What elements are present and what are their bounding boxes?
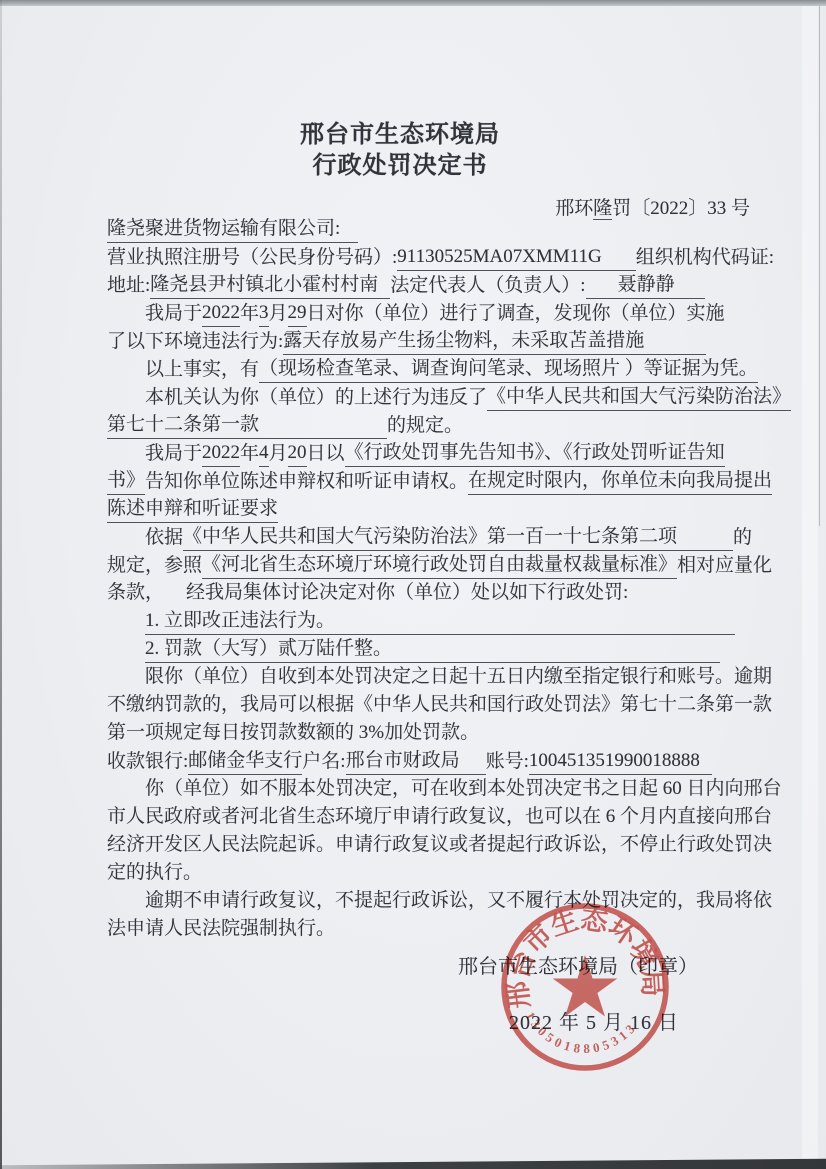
text-segment: 条款，: [107, 580, 164, 606]
body-line: 条款，经我局集体讨论决定对你（单位）处以如下行政处罚:: [107, 580, 755, 608]
underlined-text-segment: 隆尧聚进货物运输有限公司:: [107, 216, 358, 243]
body-line: 依据《中华人民共和国大气污染防治法》第一百一十七条第二项的: [107, 524, 755, 552]
underlined-text-segment: 《河北省生态环境厅环境行政处罚自由裁量权裁量标准》: [202, 552, 677, 579]
body-line: 限你（单位）自收到本处罚决定之日起十五日内缴至指定银行和账号。逾期: [107, 664, 755, 692]
underlined-text-segment: 《行政处罚事先告知书》、《行政处罚听证告知: [345, 440, 725, 467]
scan-edge-right: [819, 0, 820, 526]
underlined-text-segment: [335, 608, 735, 635]
text-segment: 告知你单位陈述申辩权和听证申请权。: [145, 469, 468, 495]
underlined-text-segment: 29: [288, 300, 307, 327]
body-line: 收款银行: 邮储金华支行 户名: 邢台市财政局 账号: 100451351990…: [107, 748, 755, 776]
underlined-text-segment: 4: [259, 440, 269, 467]
stamp-code-text: 1305018805313: [522, 1009, 638, 1056]
text-segment: 市人民政府或者河北省生态环境厅申请行政复议，也可以在 6 个月内直接向邢台: [107, 804, 772, 830]
underlined-text-segment: 在规定时限内，你单位未向我局提出: [468, 468, 772, 495]
text-segment: 我局于: [145, 301, 202, 327]
underlined-text-segment: 聂静静: [618, 272, 675, 299]
body-line: 规定，参照《河北省生态环境厅环境行政处罚自由裁量权裁量标准》相对应量化: [107, 552, 755, 580]
body-line: 第七十二条第一款的规定。: [107, 412, 755, 440]
svg-text:1305018805313: 1305018805313: [522, 1009, 638, 1056]
underlined-text-segment: 《中华人民共和国大气污染防治法》: [487, 384, 791, 411]
underlined-text-segment: 2022: [202, 300, 240, 327]
text-segment: 户名:: [302, 749, 345, 775]
underlined-text-segment: 1. 立即改正违法行为。: [145, 608, 335, 635]
text-segment: 组织机构代码证:: [636, 245, 774, 271]
underlined-text-segment: [392, 636, 720, 663]
underlined-text-segment: （现场检查笔录、调查询问笔录、现场照片 ）等证据为凭。: [259, 356, 758, 383]
text-segment: 我局于: [145, 441, 202, 467]
scan-edge-bottom: [0, 1159, 826, 1169]
text-segment: 不缴纳罚款的，我局可以根据《中华人民共和国行政处罚法》第七十二条第一款: [107, 692, 772, 718]
body-line: 市人民政府或者河北省生态环境厅申请行政复议，也可以在 6 个月内直接向邢台: [107, 804, 755, 832]
body-line: 我局于 2022 年 3 月 29 日对你（单位）进行了调查，发现你（单位）实施: [107, 300, 755, 328]
text-segment: 月: [269, 301, 288, 327]
text-segment: 限你（单位）自收到本处罚决定之日起十五日内缴至指定银行和账号。逾期: [145, 664, 772, 690]
text-segment: 地址:: [107, 273, 150, 299]
body-line: 以上事实，有（现场检查笔录、调查询问笔录、现场照片 ）等证据为凭。: [107, 356, 755, 384]
scanned-document-page: 邢台市生态环境局 行政处罚决定书 邢环隆罚〔2022〕33 号 隆尧聚进货物运输…: [0, 0, 826, 1169]
body-line: 经济开发区人民法院起诉。申请行政复议或者提起行政诉讼，不停止行政处罚决: [107, 832, 755, 860]
body-line: 我局于 2022 年 4 月 20 日以《行政处罚事先告知书》、《行政处罚听证告…: [107, 440, 755, 468]
paper-edge-band: [802, 0, 818, 1169]
body-line: 营业执照注册号（公民身份号码）: 91130525MA07XMM11G 组织机构…: [107, 244, 755, 272]
underlined-text-segment: [675, 272, 705, 299]
underlined-text-segment: 3: [259, 300, 269, 327]
body-line: 1. 立即改正违法行为。: [107, 608, 755, 636]
body-line: 陈述申辩和听证要求: [107, 496, 755, 524]
text-segment: 依据: [145, 525, 183, 551]
text-segment: 账号:: [486, 749, 529, 775]
underlined-text-segment: 91130525MA07XMM11G: [397, 244, 635, 271]
text-segment: 日以: [307, 441, 345, 467]
body-line: 2. 罚款（大写）贰万陆仟整。: [107, 636, 755, 664]
underlined-text-segment: 第七十二条第一款: [107, 412, 259, 439]
underlined-text-segment: [259, 412, 387, 439]
underlined-text-segment: 书》: [107, 468, 145, 495]
text-segment: 收款银行:: [107, 749, 188, 775]
text-segment: 法定代表人（负责人）:: [390, 273, 585, 299]
text-segment: 年: [240, 441, 259, 467]
text-segment: 月: [269, 441, 288, 467]
underlined-text-segment: 《中华人民共和国大气污染防治法》第一百一十七条第二项: [183, 524, 677, 551]
scan-edge-top: [0, 0, 826, 6]
document-header: 邢台市生态环境局 行政处罚决定书: [0, 120, 800, 182]
underlined-text-segment: 2022: [202, 440, 240, 467]
text-segment: 经我局集体讨论决定对你（单位）处以如下行政处罚:: [186, 580, 628, 606]
text-segment: 相对应量化: [677, 553, 772, 579]
text-segment: 本机关认为你（单位）的上述行为违反了: [145, 385, 487, 411]
document-title-line1: 邢台市生态环境局: [0, 120, 800, 151]
underlined-text-segment: [677, 524, 733, 551]
text-segment: 营业执照注册号（公民身份号码）:: [107, 245, 397, 271]
body-line: 你（单位）如不服本处罚决定，可在收到本处罚决定书之日起 60 日内向邢台: [107, 776, 755, 804]
text-segment: 经济开发区人民法院起诉。申请行政复议或者提起行政诉讼，不停止行政处罚决: [107, 832, 772, 858]
underlined-text-segment: [586, 272, 618, 299]
text-segment: 你（单位）如不服本处罚决定，可在收到本处罚决定书之日起 60 日内向邢台: [145, 776, 782, 802]
underlined-text-segment: 100451351990018888: [529, 748, 712, 775]
body-line: 不缴纳罚款的，我局可以根据《中华人民共和国行政处罚法》第七十二条第一款: [107, 692, 755, 720]
star-icon: [553, 955, 618, 1017]
underlined-text-segment: 2. 罚款（大写）贰万陆仟整。: [145, 636, 392, 663]
underlined-text-segment: 邮储金华支行: [188, 748, 302, 775]
underlined-text-segment: 露天存放易产生扬尘物料，未采取苫盖措施: [283, 328, 706, 355]
text-segment: 了以下环境违法行为:: [107, 329, 283, 355]
underlined-text-segment: 陈述申辩和听证要求: [107, 496, 278, 523]
official-stamp: 邢台市生态环境局 1305018805313: [474, 876, 696, 1098]
text-segment: 定的执行。: [107, 860, 202, 886]
body-line: 隆尧聚进货物运输有限公司:: [107, 216, 755, 244]
text-segment: 的: [733, 525, 752, 551]
text-segment: 法申请人民法院强制执行。: [107, 916, 335, 942]
body-line: 第一项规定每日按罚款数额的 3%加处罚款。: [107, 720, 755, 748]
text-segment: 的规定。: [387, 413, 463, 439]
underlined-text-segment: 20: [288, 440, 307, 467]
body-line: 了以下环境违法行为: 露天存放易产生扬尘物料，未采取苫盖措施: [107, 328, 755, 356]
text-segment: 规定，参照: [107, 553, 202, 579]
text-segment: 年: [240, 301, 259, 327]
body-line: 书》告知你单位陈述申辩权和听证申请权。在规定时限内，你单位未向我局提出: [107, 468, 755, 496]
scan-edge-left: [0, 0, 2, 1169]
text-segment: [164, 580, 186, 606]
body-line: 本机关认为你（单位）的上述行为违反了《中华人民共和国大气污染防治法》: [107, 384, 755, 412]
text-segment: 以上事实，有: [145, 357, 259, 383]
body-line: 地址: 隆尧县尹村镇北小霍村村南 法定代表人（负责人）: 聂静静: [107, 272, 755, 300]
document-body: 隆尧聚进货物运输有限公司:营业执照注册号（公民身份号码）: 91130525MA…: [107, 216, 755, 944]
underlined-text-segment: 隆尧县尹村镇北小霍村村南: [150, 272, 390, 299]
underlined-text-segment: 邢台市财政局: [346, 748, 486, 775]
text-segment: 日对你（单位）进行了调查，发现你（单位）实施: [307, 301, 725, 327]
document-title-line2: 行政处罚决定书: [0, 151, 800, 182]
text-segment: 第一项规定每日按罚款数额的 3%加处罚款。: [107, 720, 479, 746]
